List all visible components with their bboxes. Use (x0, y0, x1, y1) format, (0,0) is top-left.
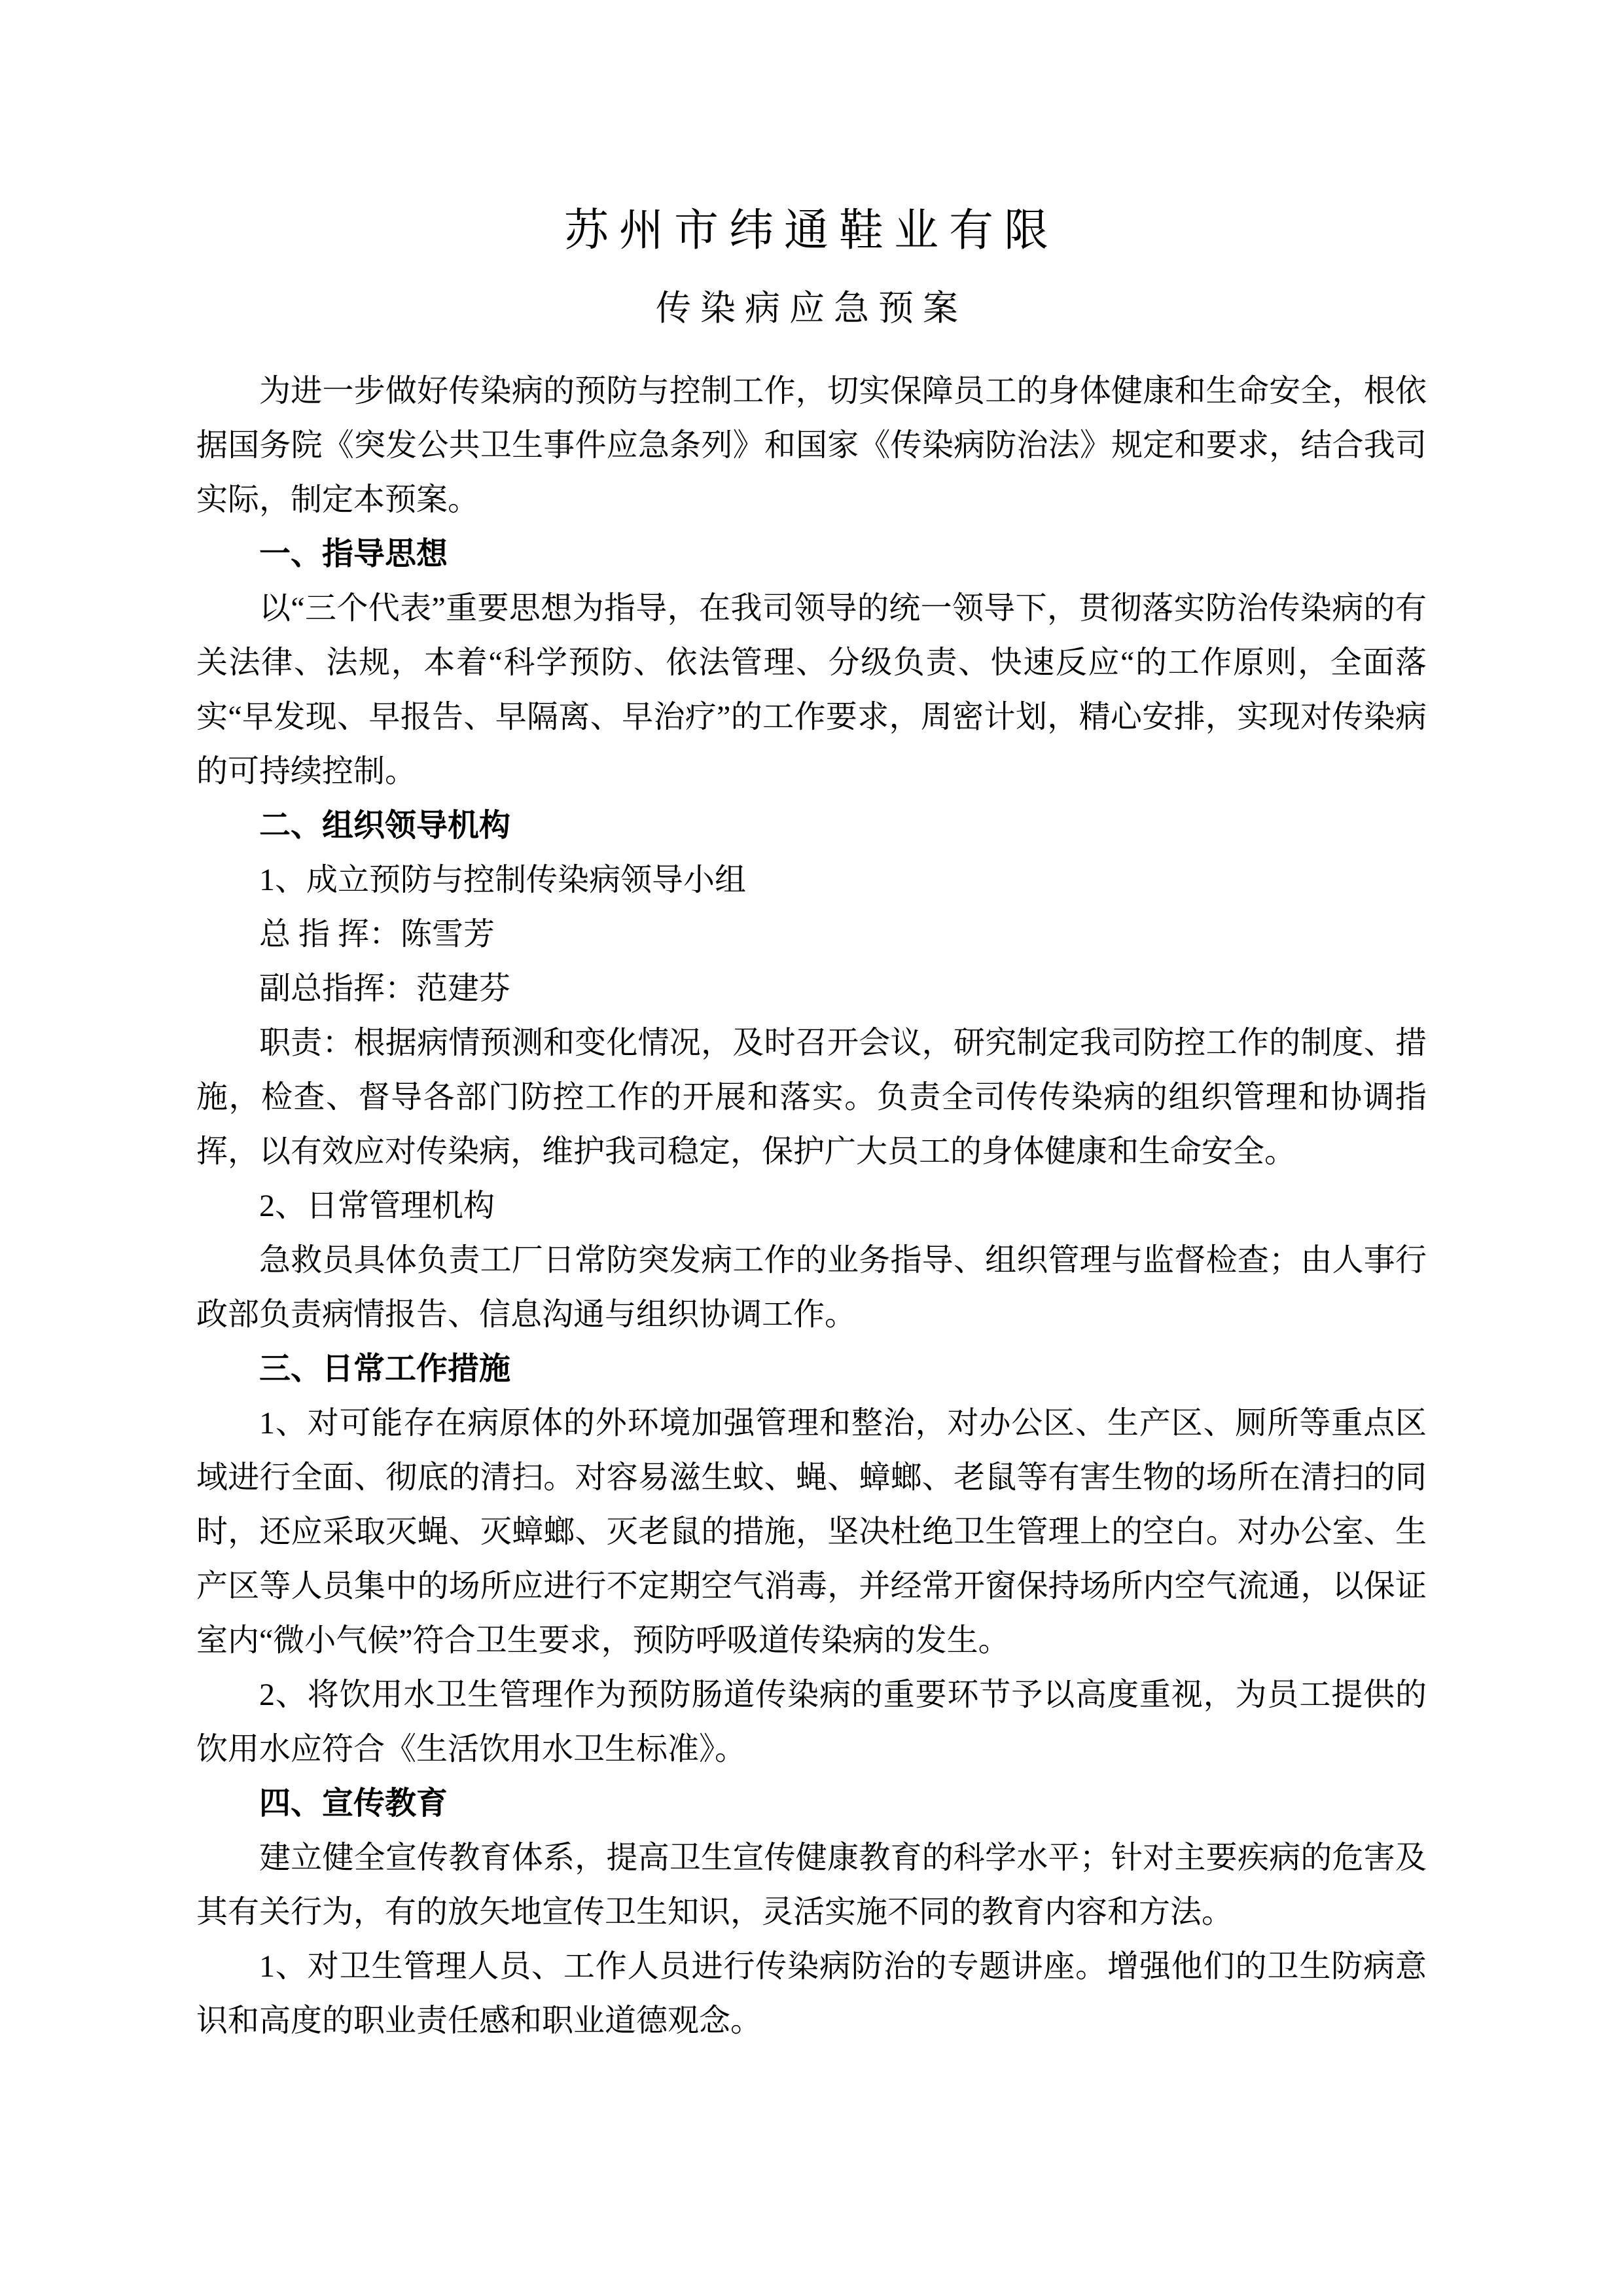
section-heading-4: 四、宣传教育 (196, 1776, 1427, 1831)
document-subtitle: 传染病应急预案 (196, 287, 1427, 330)
paragraph-lectures: 1、对卫生管理人员、工作人员进行传染病防治的专题讲座。增强他们的卫生防病意识和高… (196, 1939, 1427, 2048)
document-page: 苏州市纬通鞋业有限 传染病应急预案 为进一步做好传染病的预防与控制工作，切实保障… (0, 0, 1623, 2296)
paragraph-daily-management: 2、日常管理机构 (196, 1179, 1427, 1233)
paragraph-drinking-water: 2、将饮用水卫生管理作为预防肠道传染病的重要环节予以高度重视，为员工提供的饮用水… (196, 1668, 1427, 1776)
section-heading-1: 一、指导思想 (196, 527, 1427, 581)
paragraph-environment: 1、对可能存在病原体的外环境加强管理和整治，对办公区、生产区、厕所等重点区域进行… (196, 1396, 1427, 1668)
paragraph-leading-group: 1、成立预防与控制传染病领导小组 (196, 853, 1427, 907)
section-heading-3: 三、日常工作措施 (196, 1342, 1427, 1396)
paragraph-education-system: 建立健全宣传教育体系，提高卫生宣传健康教育的科学水平；针对主要疾病的危害及其有关… (196, 1831, 1427, 1939)
section-heading-2: 二、组织领导机构 (196, 798, 1427, 853)
paragraph-deputy-commander: 副总指挥：范建芬 (196, 961, 1427, 1016)
paragraph-intro: 为进一步做好传染病的预防与控制工作，切实保障员工的身体健康和生命安全，根依据国务… (196, 364, 1427, 527)
paragraph-commander: 总 指 挥：陈雪芳 (196, 907, 1427, 961)
paragraph-first-aid: 急救员具体负责工厂日常防突发病工作的业务指导、组织管理与监督检查；由人事行政部负… (196, 1233, 1427, 1342)
document-title: 苏州市纬通鞋业有限 (196, 204, 1427, 257)
paragraph-duties: 职责：根据病情预测和变化情况，及时召开会议，研究制定我司防控工作的制度、措施，检… (196, 1016, 1427, 1179)
paragraph-guiding-ideology: 以“三个代表”重要思想为指导，在我司领导的统一领导下，贯彻落实防治传染病的有关法… (196, 581, 1427, 798)
document-content: 苏州市纬通鞋业有限 传染病应急预案 为进一步做好传染病的预防与控制工作，切实保障… (196, 204, 1427, 2048)
